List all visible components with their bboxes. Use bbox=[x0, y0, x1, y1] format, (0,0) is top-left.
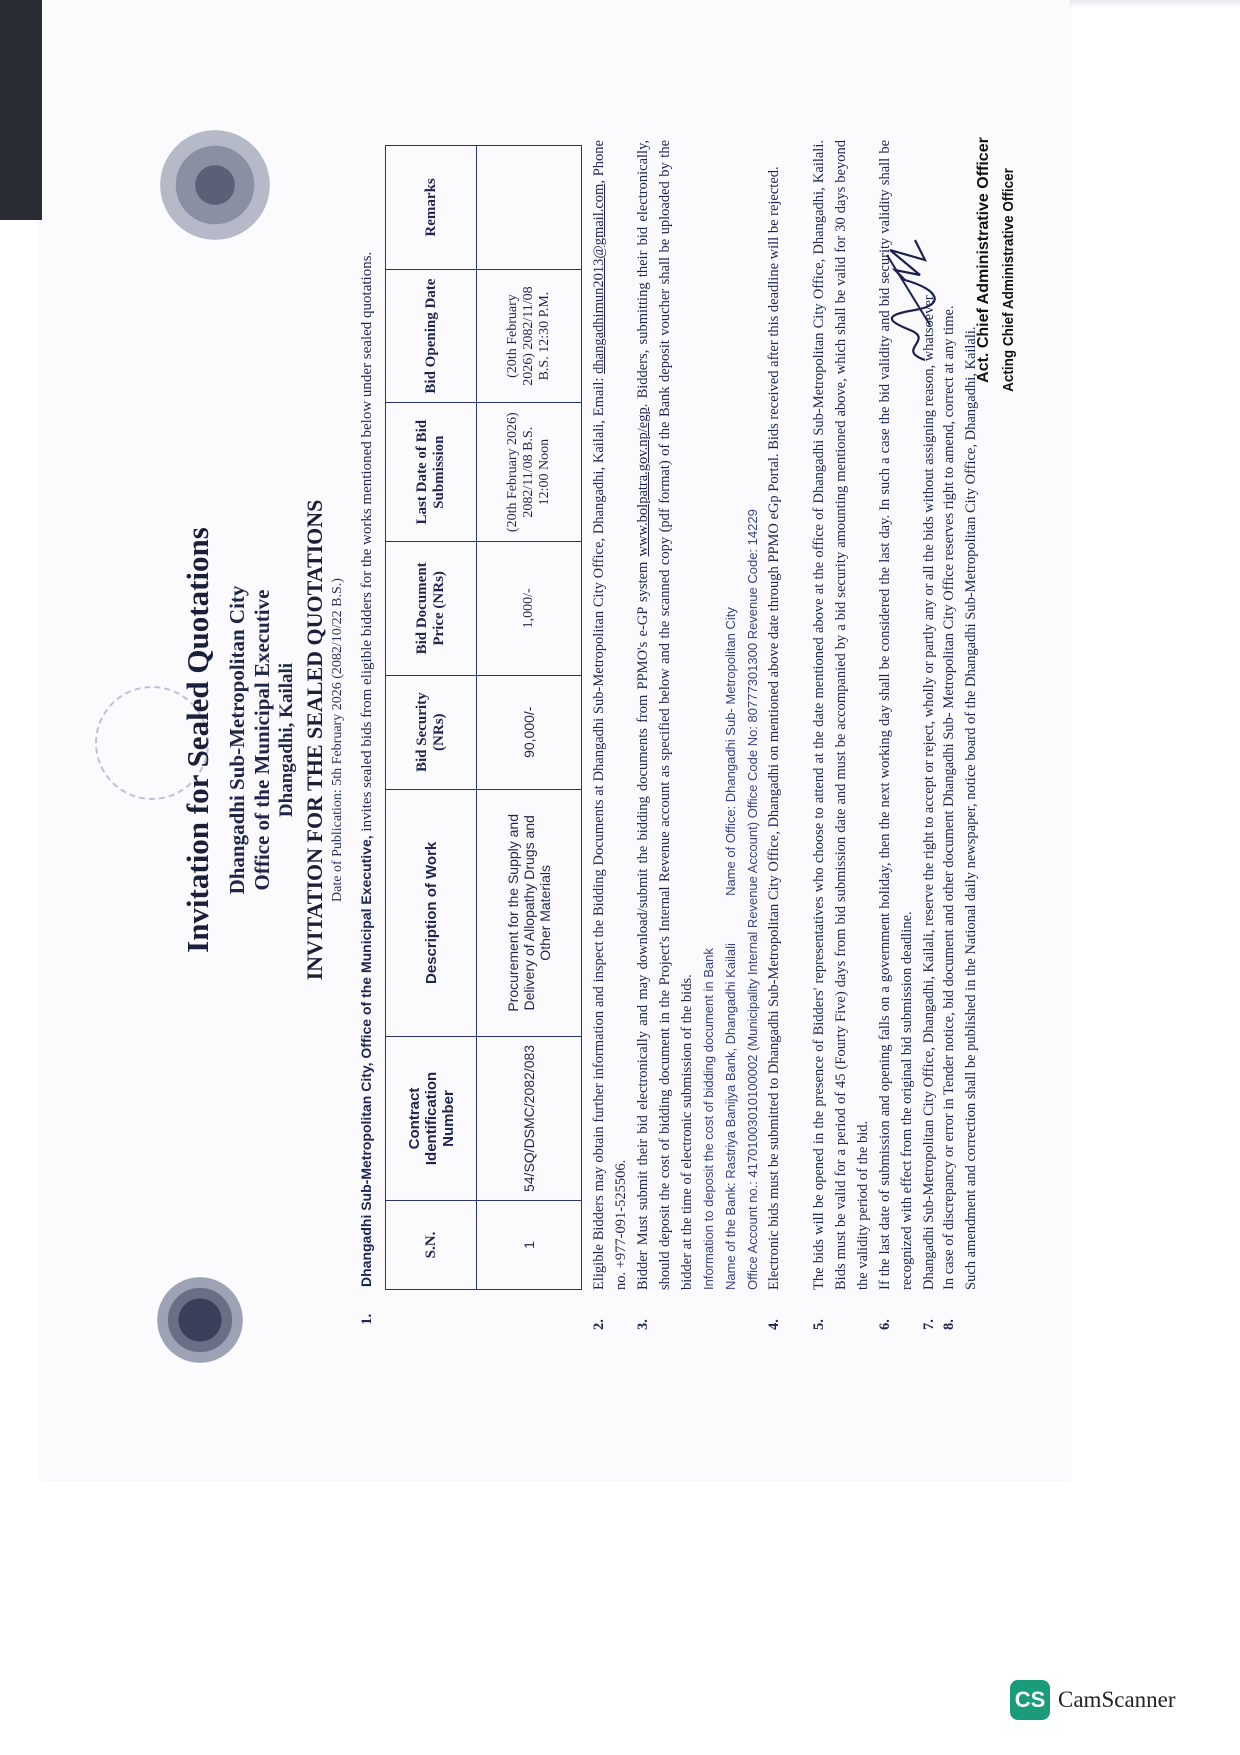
clause-5: 5. The bids will be opened in the presen… bbox=[808, 140, 874, 1330]
camscanner-watermark: CS CamScanner bbox=[1010, 1680, 1176, 1720]
clause-3: 3. Bidder Must submit their bid electron… bbox=[632, 140, 764, 1330]
clause-number: 4. bbox=[763, 1300, 785, 1330]
org-name: Dhangadhi Sub-Metropolitan City bbox=[225, 0, 250, 1480]
clause-number: 8. bbox=[938, 1300, 960, 1330]
clause-3-text: Bidder Must submit their bid electronica… bbox=[635, 556, 651, 1290]
cell-bid-doc-price: 1,000/- bbox=[477, 542, 582, 676]
header-description: Description of Work bbox=[386, 789, 477, 1036]
cell-bid-security: 90,000/- bbox=[477, 675, 582, 789]
table-header-row: S.N. Contract Identification Number Desc… bbox=[386, 146, 477, 1290]
clause-2-text: Eligible Bidders may obtain further info… bbox=[591, 374, 607, 1290]
signature-icon bbox=[875, 230, 950, 370]
quotation-table: S.N. Contract Identification Number Desc… bbox=[385, 145, 582, 1290]
clause-number: 2. bbox=[588, 1300, 610, 1330]
header-contract-id: Contract Identification Number bbox=[386, 1036, 477, 1200]
scanner-shadow-edge bbox=[0, 0, 42, 220]
header-sn: S.N. bbox=[386, 1201, 477, 1290]
clause-1: 1.Dhangadhi Sub-Metropolitan City, Offic… bbox=[358, 252, 376, 1325]
clause-number: 6. bbox=[874, 1300, 896, 1330]
clause-number: 3. bbox=[632, 1300, 654, 1330]
document-title: Invitation for Sealed Quotations bbox=[180, 0, 216, 1480]
signatory-title: Act. Chief Administrative Officer bbox=[975, 70, 993, 450]
clause-number: 5. bbox=[808, 1300, 830, 1330]
clause-1-text: invites sealed bids from eligible bidder… bbox=[359, 252, 375, 836]
org-location: Dhangadhi, Kailali bbox=[276, 0, 298, 1480]
table-row: 1 54/SQ/DSMC/2082/083 Procurement for th… bbox=[477, 146, 582, 1290]
cell-sn: 1 bbox=[477, 1201, 582, 1290]
clause-4-text: Electronic bids must be submitted to Dha… bbox=[763, 140, 785, 1290]
invitation-heading: INVITATION FOR THE SEALED QUOTATIONS bbox=[302, 0, 328, 1480]
clause-2: 2. Eligible Bidders may obtain further i… bbox=[588, 140, 632, 1330]
email-link[interactable]: dhangadhimun2013@gmail.com bbox=[591, 184, 607, 374]
signatory-stamp: Acting Chief Administrative Officer bbox=[1000, 100, 1017, 460]
header-remarks: Remarks bbox=[386, 146, 477, 270]
account-info: Office Account no.: 41701003010100002 (M… bbox=[742, 140, 764, 1290]
publication-date: Date of Publication: 5th February 2026 (… bbox=[330, 0, 346, 1480]
header-opening-date: Bid Opening Date bbox=[386, 269, 477, 402]
camscanner-logo-icon: CS bbox=[1010, 1680, 1050, 1720]
camscanner-label: CamScanner bbox=[1058, 1687, 1176, 1713]
rotated-document: Invitation for Sealed Quotations Dhangad… bbox=[40, 0, 1070, 1480]
cell-remarks bbox=[477, 146, 582, 270]
cell-opening-date: (20th February 2026) 2082/11/08 B.S. 12:… bbox=[477, 269, 582, 402]
egp-link[interactable]: www.bolpatra.gov.np/egp bbox=[635, 407, 651, 556]
header-last-submission: Last Date of Bid Submission bbox=[386, 403, 477, 542]
bank-and-office-names: Name of the Bank: Rastriya Banijya Bank,… bbox=[720, 140, 742, 1290]
bank-name: Name of the Bank: Rastriya Banijya Bank,… bbox=[723, 943, 738, 1290]
bank-info-heading: Information to deposit the cost of biddi… bbox=[698, 140, 720, 1290]
clause-number: 1. bbox=[359, 1287, 376, 1325]
clause-4: 4. Electronic bids must be submitted to … bbox=[763, 140, 785, 1330]
clause-number: 7. bbox=[918, 1300, 940, 1330]
header-bid-security: Bid Security (NRs) bbox=[386, 675, 477, 789]
cell-contract-id: 54/SQ/DSMC/2082/083 bbox=[477, 1036, 582, 1200]
header-bid-doc-price: Bid Document Price (NRs) bbox=[386, 542, 477, 676]
org-office: Office of the Municipal Executive bbox=[250, 0, 275, 1480]
clause-1-lead: Dhangadhi Sub-Metropolitan City, Office … bbox=[358, 835, 374, 1287]
office-name: Name of Office: Dhangadhi Sub- Metropoli… bbox=[723, 607, 738, 896]
cell-last-submission: (20th February 2026) 2082/11/08 B.S. 12:… bbox=[477, 403, 582, 542]
cell-description: Procurement for the Supply and Delivery … bbox=[477, 789, 582, 1036]
clause-5-text: The bids will be opened in the presence … bbox=[808, 140, 874, 1290]
